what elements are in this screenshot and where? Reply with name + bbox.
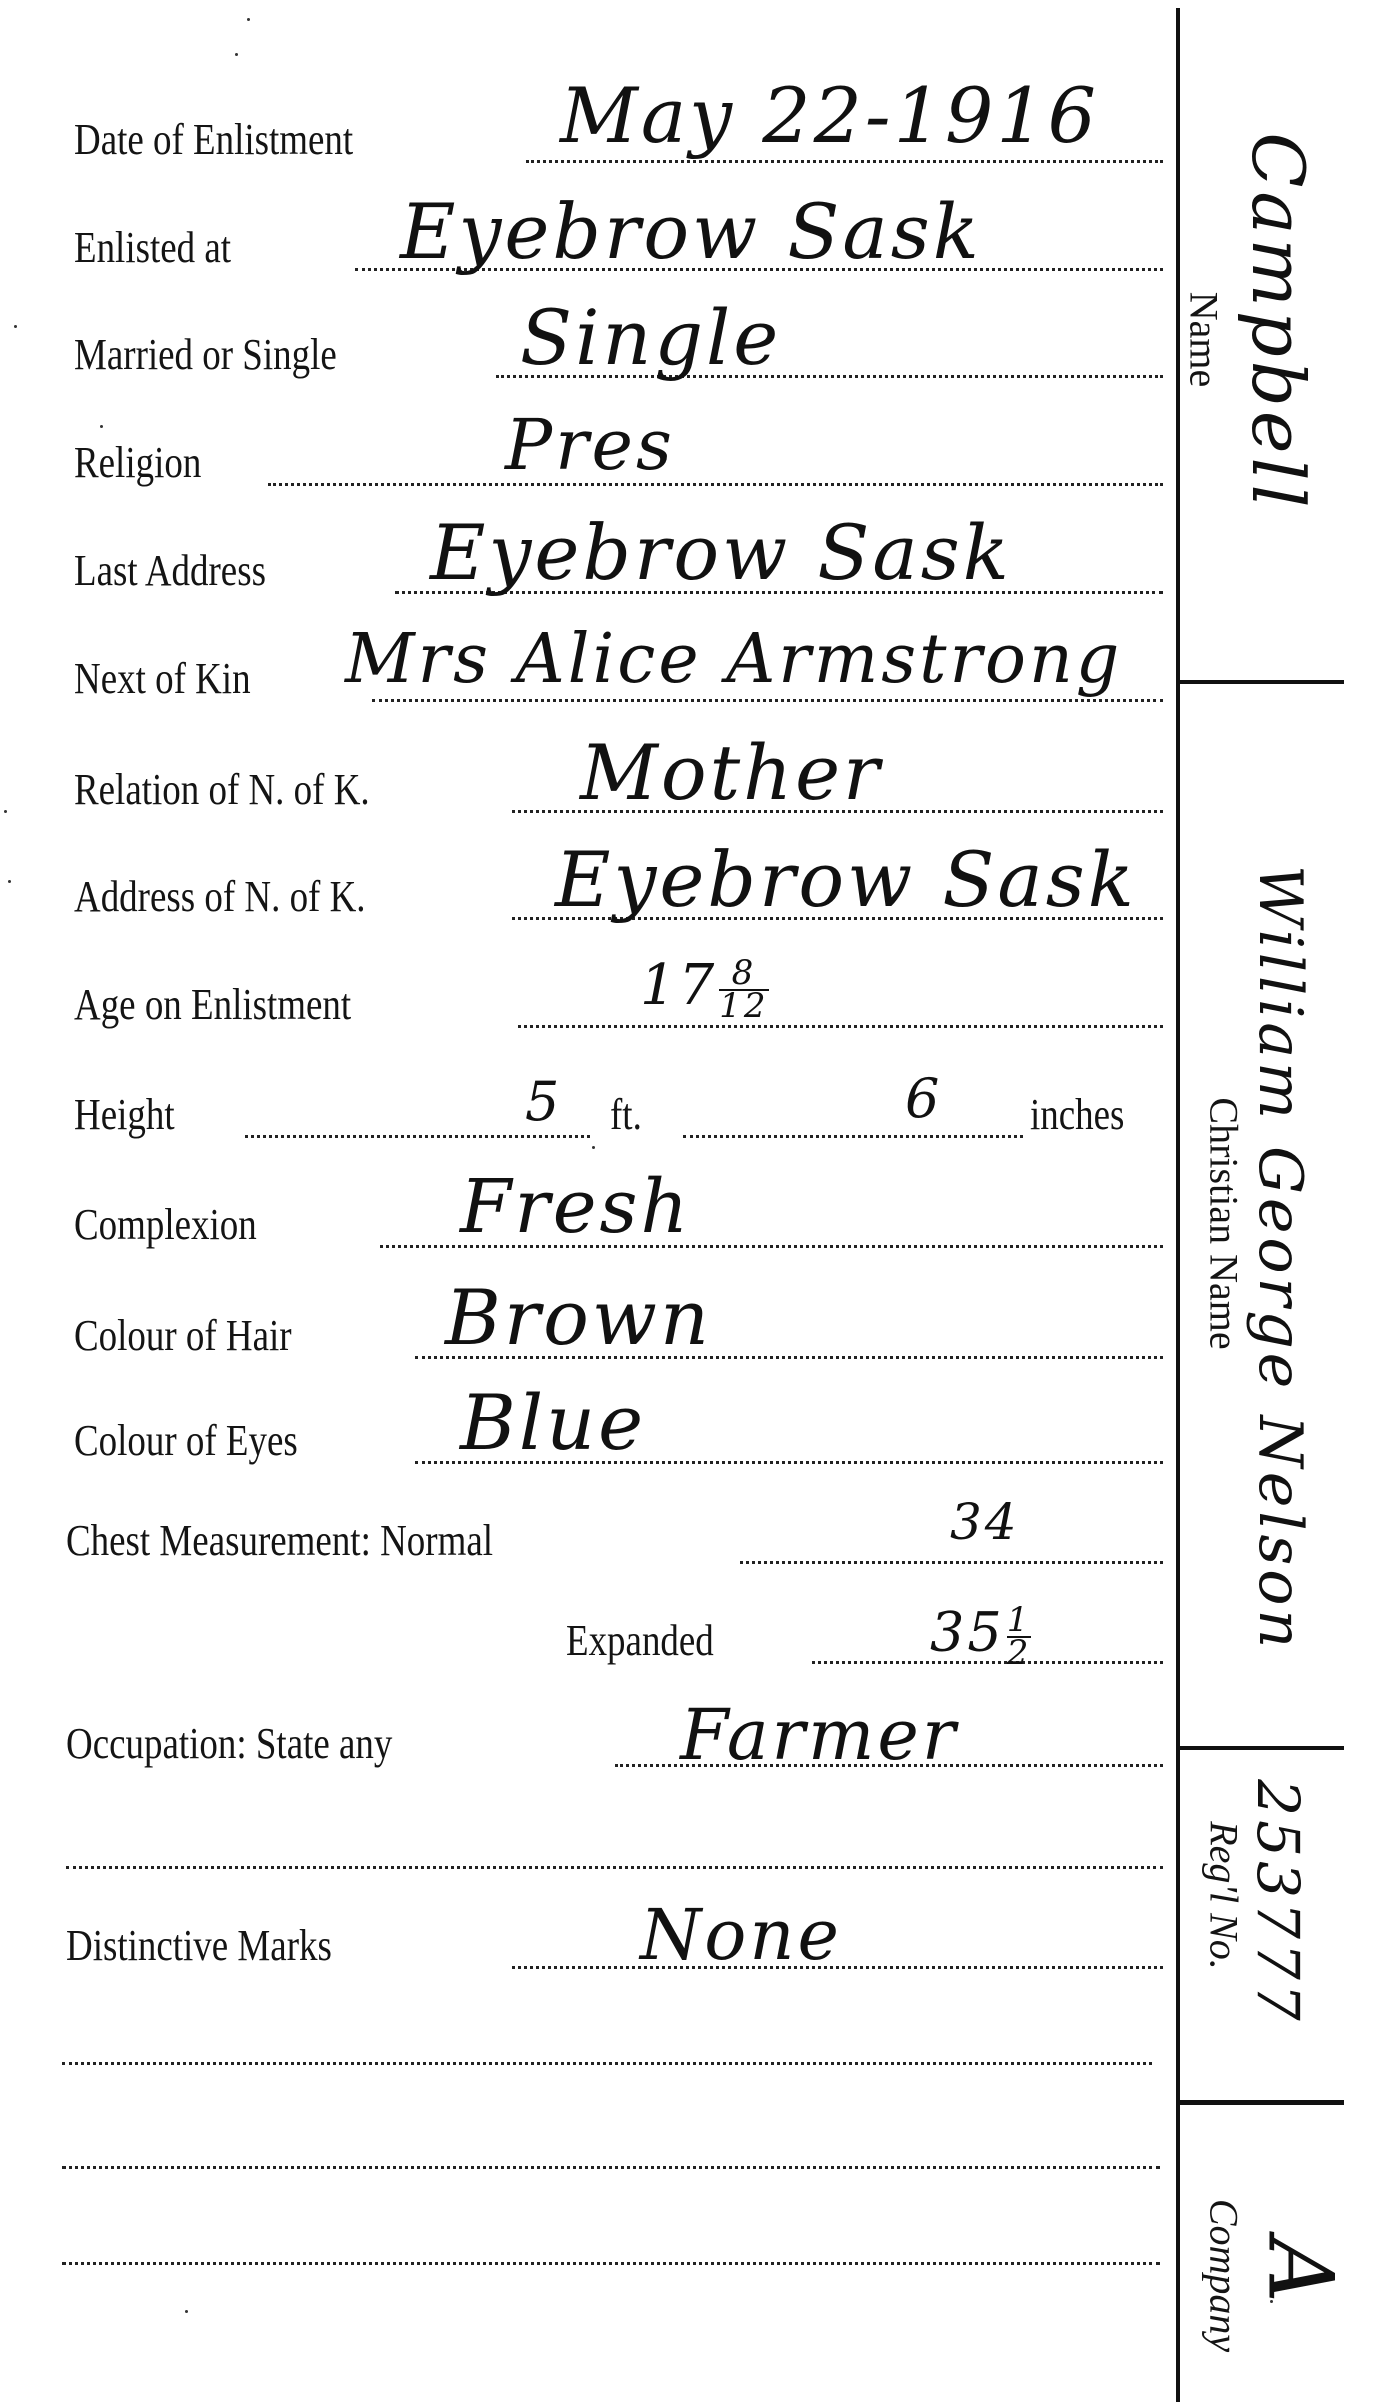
field-value-occupation: Farmer (680, 1700, 958, 1770)
field-label-next-of-kin: Next of Kin (74, 657, 251, 701)
age-months-fraction: 812 (719, 958, 768, 1021)
field-label-chest-normal: Chest Measurement: Normal (66, 1519, 493, 1563)
field-line-next-of-kin (372, 699, 1163, 702)
field-value-age-on-enlistment: 17812 (640, 958, 769, 1021)
side-label-company: Company (1201, 2146, 1248, 2406)
scan-speck (185, 2310, 188, 2313)
side-value-surname: Campbell (1236, 122, 1320, 522)
field-line-distinctive-marks-continued-2 (62, 2166, 1160, 2169)
field-value-chest-normal: 34 (950, 1497, 1020, 1547)
field-line-religion (268, 483, 1163, 486)
scan-speck (235, 53, 238, 56)
scan-speck (1270, 2300, 1273, 2303)
age-years: 17 (640, 953, 717, 1018)
field-line-chest-normal (740, 1561, 1163, 1564)
field-label-relation-of-next-of-kin: Relation of N. of K. (74, 768, 370, 812)
field-value-next-of-kin: Mrs Alice Armstrong (345, 626, 1122, 694)
field-value-address-of-next-of-kin: Eyebrow Sask (555, 842, 1137, 918)
side-panel-border (1176, 8, 1180, 2402)
side-value-regimental-number: 253777 (1244, 1752, 1312, 2052)
field-label-height: Height (74, 1093, 175, 1137)
field-value-enlisted-at: Eyebrow Sask (400, 194, 982, 270)
field-line-occupation-continued (66, 1866, 1163, 1869)
field-value-colour-of-hair: Brown (445, 1280, 712, 1356)
scan-speck (592, 1146, 595, 1149)
field-value-religion: Pres (505, 410, 675, 480)
field-value-complexion: Fresh (460, 1170, 691, 1244)
field-line-height-inches (683, 1135, 1023, 1138)
field-value-last-address: Eyebrow Sask (430, 515, 1012, 591)
side-label-name: Name (1181, 270, 1228, 410)
scan-speck (4, 810, 7, 813)
field-value-date-of-enlistment: May 22-1916 (560, 78, 1099, 154)
field-label-address-of-next-of-kin: Address of N. of K. (74, 875, 366, 919)
field-line-distinctive-marks-continued-3 (62, 2262, 1160, 2265)
field-label-occupation: Occupation: State any (66, 1722, 392, 1766)
height-unit-inches: inches (1030, 1093, 1124, 1137)
chest-expanded-whole: 35 (930, 1601, 1005, 1664)
field-line-height-feet (245, 1135, 590, 1138)
field-label-distinctive-marks: Distinctive Marks (66, 1924, 332, 1968)
field-label-colour-of-eyes: Colour of Eyes (74, 1419, 298, 1463)
side-panel-divider-christian-name (1180, 1746, 1344, 1750)
side-label-christian-name: Christian Name (1201, 1064, 1248, 1384)
side-panel-divider-regimental-number (1178, 2100, 1344, 2105)
field-line-age-on-enlistment (518, 1025, 1163, 1028)
chest-expanded-fraction: 12 (1007, 1605, 1032, 1668)
scan-speck (14, 325, 17, 328)
field-line-distinctive-marks-continued-1 (62, 2062, 1152, 2065)
field-label-complexion: Complexion (74, 1203, 257, 1247)
field-value-height-inches: 6 (905, 1072, 942, 1126)
field-label-enlisted-at: Enlisted at (74, 226, 231, 270)
attestation-card: Date of Enlistment May 22-1916 Enlisted … (0, 0, 1385, 2406)
field-value-relation-of-next-of-kin: Mother (580, 735, 882, 811)
field-value-distinctive-marks: None (640, 1900, 842, 1970)
field-label-colour-of-hair: Colour of Hair (74, 1314, 292, 1358)
field-label-religion: Religion (74, 441, 201, 485)
side-label-regimental-number: Reg'l No. (1201, 1776, 1248, 2016)
scan-speck (247, 18, 250, 21)
side-panel-divider-name (1178, 680, 1344, 684)
side-value-christian-name: William George Nelson (1245, 865, 1315, 1545)
field-value-height-feet: 5 (525, 1075, 562, 1129)
field-value-colour-of-eyes: Blue (460, 1385, 646, 1461)
field-label-last-address: Last Address (74, 549, 266, 593)
side-value-company: A (1248, 2193, 1353, 2353)
height-unit-feet: ft. (610, 1093, 642, 1137)
field-label-married-or-single: Married or Single (74, 333, 337, 377)
field-label-age-on-enlistment: Age on Enlistment (74, 983, 351, 1027)
field-label-chest-expanded: Expanded (566, 1619, 714, 1663)
field-line-date-of-enlistment (526, 160, 1163, 163)
field-value-married-or-single: Single (520, 300, 781, 376)
field-label-date-of-enlistment: Date of Enlistment (74, 118, 353, 162)
scan-speck (100, 425, 103, 428)
field-value-chest-expanded: 3512 (930, 1605, 1031, 1668)
scan-speck (8, 880, 11, 883)
